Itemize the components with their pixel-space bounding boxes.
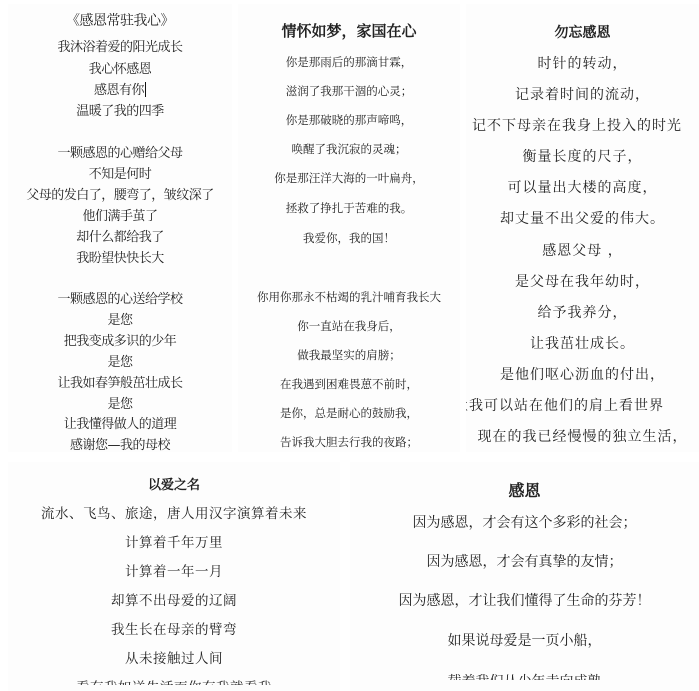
poem-line-text: 感恩有你: [94, 83, 144, 98]
poem-line: 因为感恩，才让我们懂得了生命的芬芳！: [350, 590, 699, 610]
poem-line: 如果说母爱是一页小船，: [350, 630, 699, 650]
poem-line: 我爱你，我的国！: [238, 230, 460, 246]
poem-line: 是你，总是耐心的鼓励我，: [238, 405, 460, 421]
poem-panel-gratitude-in-heart: 《感恩常驻我心》 我沐浴着爱的阳光成长 我心怀感恩 感恩有你 温暖了我的四季 一…: [8, 4, 232, 452]
poem-title: 《感恩常驻我心》: [8, 10, 232, 30]
poem-line: 从未接触过人间: [8, 647, 340, 667]
poem-line: 一颗感恩的心赠给父母: [8, 142, 232, 161]
poem-line: 是您: [8, 393, 232, 412]
poem-line-cut-off: 载着我们从少年走向成熟: [350, 671, 699, 691]
poem-line: 唤醒了我沉寂的灵魂；: [238, 141, 460, 157]
poem-line: 给予我养分，: [466, 302, 699, 322]
poem-line: 衡量长度的尺子，: [466, 146, 699, 166]
poem-line: 是父母在我年幼时，: [466, 271, 699, 291]
poem-line: 感恩父母 ，: [466, 240, 699, 260]
poem-line: 是您: [8, 309, 232, 328]
poem-line: 把我变成多识的少年: [8, 330, 232, 349]
poem-line: 我心怀感恩: [8, 58, 232, 77]
poem-line: 滋润了我那干涸的心灵；: [238, 83, 460, 99]
poem-line: 他们满手茧了: [8, 205, 232, 224]
poem-line: 在我遇到困难畏葸不前时，: [238, 376, 460, 392]
poem-line: 做我最坚实的肩膀；: [238, 347, 460, 363]
poem-line: 让我可以站在他们的肩上看世界: [466, 395, 664, 415]
poem-panel-in-name-of-love: 以爱之名 流水、飞鸟、旅途，唐人用汉字演算着未来 计算着千年万里 计算着一年一月…: [8, 462, 340, 691]
poem-line: 计算着一年一月: [8, 560, 340, 580]
poem-line: 是他们呕心沥血的付出，: [466, 364, 699, 384]
poem-line: 你是那雨后的那滴甘霖，: [238, 54, 460, 70]
poem-line: 你是那破晓的那声啼鸣，: [238, 112, 460, 128]
poem-line: 不知是何时: [8, 163, 232, 182]
poem-line: 可以量出大楼的高度，: [466, 177, 699, 197]
poem-line: 时针的转动，: [466, 53, 699, 73]
poem-line: 让我茁壮成长。: [466, 333, 699, 353]
poem-line: 我盼望快快长大: [8, 247, 232, 266]
poem-line: 你是那汪洋大海的一叶扁舟，: [238, 170, 460, 186]
poem-title: 感恩: [350, 478, 699, 501]
poem-line: 记不下母亲在我身上投入的时光: [472, 115, 682, 135]
poem-line: 却算不出母爱的辽阔: [8, 589, 340, 609]
poem-line: 记录着时间的流动，: [466, 84, 699, 104]
poem-panel-gratitude: 感恩 因为感恩，才会有这个多彩的社会； 因为感恩，才会有真挚的友情； 因为感恩，…: [350, 462, 699, 691]
poem-line: 感谢您—我的母校: [8, 434, 232, 452]
poem-line: 计算着千年万里: [8, 531, 340, 551]
poem-line: 温暖了我的四季: [8, 100, 232, 119]
text-cursor-icon: [145, 82, 146, 97]
poem-line: 拯救了挣扎于苦难的我。: [238, 200, 460, 216]
poem-line: 父母的发白了，腰弯了，皱纹深了: [8, 184, 232, 203]
poem-line: 告诉我大胆去行我的夜路；: [238, 434, 460, 450]
poem-panel-never-forget-gratitude: 勿忘感恩 时针的转动， 记录着时间的流动， 记不下母亲在我身上投入的时光 衡量长…: [466, 4, 699, 452]
poem-line: 现在的我已经慢慢的独立生活，: [466, 426, 699, 446]
poem-line: 一颗感恩的心送给学校: [8, 288, 232, 307]
poem-line-with-cursor[interactable]: 感恩有你: [8, 79, 232, 98]
poem-line: 你一直站在我身后，: [238, 318, 460, 334]
poem-line: 却什么都给我了: [8, 226, 232, 245]
poem-line: 我生长在母亲的臂弯: [8, 618, 340, 638]
poem-title: 勿忘感恩: [466, 22, 699, 42]
poem-title: 以爱之名: [8, 474, 340, 493]
poem-panel-homeland-in-heart: 情怀如梦，家国在心 你是那雨后的那滴甘霖， 滋润了我那干涸的心灵； 你是那破晓的…: [238, 4, 460, 452]
poem-line: 却丈量不出父爱的伟大。: [466, 208, 699, 228]
poem-line: 因为感恩，才会有这个多彩的社会；: [350, 512, 699, 532]
poem-line: 流水、飞鸟、旅途，唐人用汉字演算着未来: [8, 502, 340, 522]
poem-line: 让我如春笋般茁壮成长: [8, 372, 232, 391]
poem-line: 是您: [8, 351, 232, 370]
poem-line-cut-off: 看有我如送生活而你有我就看我: [8, 676, 340, 691]
poem-line: 你用你那永不枯竭的乳汁哺育我长大: [238, 289, 460, 305]
poem-line: 让我懂得做人的道理: [8, 413, 232, 432]
poem-line: 因为感恩，才会有真挚的友情；: [350, 551, 699, 571]
poem-title: 情怀如梦，家国在心: [238, 20, 460, 41]
poem-line: 我沐浴着爱的阳光成长: [8, 36, 232, 55]
